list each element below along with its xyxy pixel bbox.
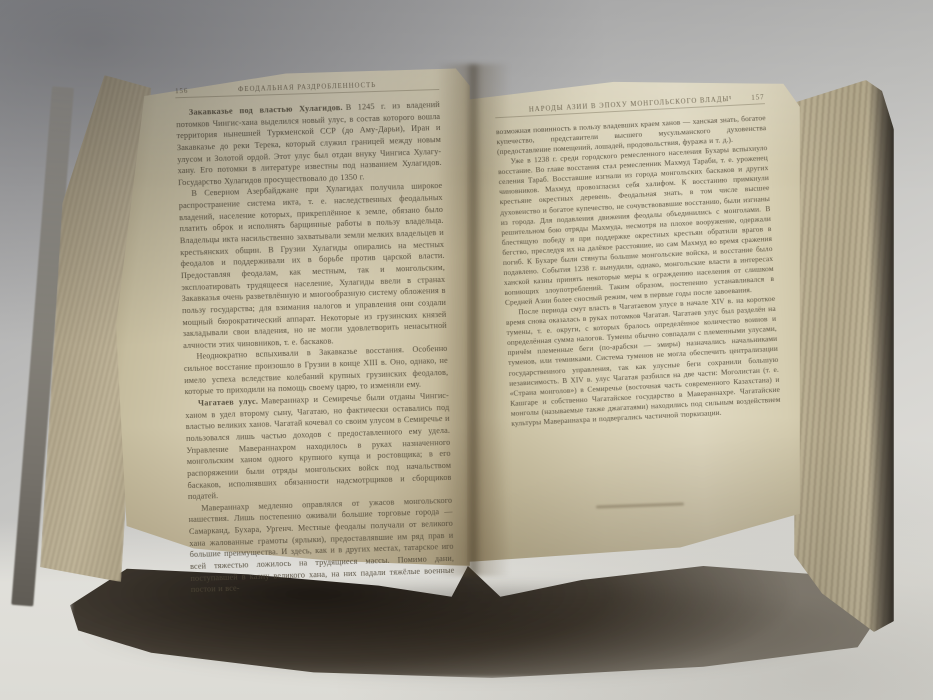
paragraph-text: Уже в 1238 г. среди городского ремесленн…	[498, 143, 774, 307]
right-page-number: 157	[730, 94, 764, 103]
paragraph-text: В Северном Азербайджане при Хулагидах по…	[179, 181, 447, 350]
right-page-text: НАРОДЫ АЗИИ В ЭПОХУ МОНГОЛЬСКОГО ВЛАДЫЧЕ…	[495, 94, 781, 429]
left-header-spacer	[405, 85, 439, 86]
left-body-copy: Закавказье под властью Хулагидов.В 1245 …	[176, 99, 455, 596]
paragraph-text: Мавераннахр и Семиречье были отданы Чинг…	[185, 391, 451, 501]
left-page-number: 156	[175, 87, 209, 95]
paragraph: После периода смут власть в Чагатаевом у…	[505, 294, 781, 429]
left-page-text: 156 ФЕОДАЛЬНАЯ РАЗДРОБЛЕННОСТЬ Закавказь…	[175, 80, 455, 596]
paragraph-lead: Чагатаев улус.	[198, 397, 258, 408]
right-body-copy: возможная повинность в пользу владевших …	[496, 113, 781, 429]
paragraph: Мавераннахр медленно оправлялся от ужасо…	[188, 495, 455, 596]
paragraph-text: Неоднократно вспыхивали в Закавказье вос…	[184, 344, 449, 396]
photograph-open-book: 156 ФЕОДАЛЬНАЯ РАЗДРОБЛЕННОСТЬ Закавказь…	[0, 0, 933, 700]
paragraph: Уже в 1238 г. среди городского ремесленн…	[497, 143, 775, 308]
paragraph-text: После периода смут власть в Чагатаевом у…	[506, 294, 781, 428]
paragraph: В Северном Азербайджане при Хулагидах по…	[178, 180, 447, 351]
right-header-spacer	[495, 111, 529, 113]
paragraph: Неоднократно вспыхивали в Закавказье вос…	[183, 343, 448, 398]
paragraph-text: Мавераннахр медленно оправлялся от ужасо…	[189, 496, 455, 595]
paragraph: Чагатаев улус.Мавераннахр и Семиречье бы…	[185, 390, 452, 503]
right-fore-edge-and-cover	[794, 80, 894, 632]
paragraph: Закавказье под властью Хулагидов.В 1245 …	[176, 99, 442, 189]
